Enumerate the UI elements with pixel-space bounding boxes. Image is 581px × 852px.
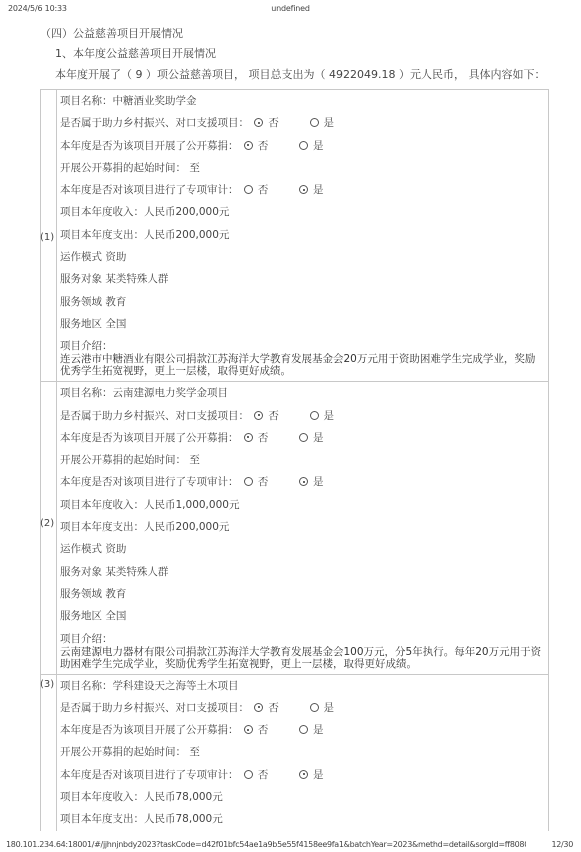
special-audit-label: 本年度是否对该项目进行了专项审计：: [60, 184, 239, 196]
service-target-value: 某类特殊人群: [105, 273, 168, 285]
service-region-value: 全国: [105, 318, 126, 330]
radio-icon[interactable]: [310, 118, 319, 127]
service-target-row: 服务对象 某类特殊人群: [60, 268, 548, 290]
public-fundraising-label: 本年度是否为该项目开展了公开募捐：: [60, 724, 239, 736]
project-name-row: 项目名称：云南建源电力奖学金项目: [60, 382, 548, 404]
project-name-row: 项目名称：中糖酒业奖助学金: [60, 90, 548, 112]
radio-icon[interactable]: [299, 433, 308, 442]
project-row: (2) 项目名称：云南建源电力奖学金项目 是否属于助力乡村振兴、对口支援项目： …: [41, 382, 548, 674]
annual-income-value: 人民币1,000,000元: [144, 499, 239, 511]
project-details: 项目名称：云南建源电力奖学金项目 是否属于助力乡村振兴、对口支援项目： 否 是 …: [57, 382, 548, 673]
project-index-cell: (1): [41, 90, 57, 381]
radio-icon[interactable]: [310, 703, 319, 712]
project-index-cell: (2): [41, 382, 57, 673]
service-region-row: 服务地区 全国: [60, 313, 548, 335]
project-index-cell: (3): [41, 675, 57, 831]
project-index: (3): [40, 679, 54, 690]
rural-support-row: 是否属于助力乡村振兴、对口支援项目： 否 是: [60, 697, 548, 719]
special-audit-label: 本年度是否对该项目进行了专项审计：: [60, 769, 239, 781]
page-number: 12/30: [551, 840, 573, 849]
public-fundraising-option-no[interactable]: 否: [242, 427, 269, 449]
operation-mode-value: 资助: [105, 543, 126, 555]
rural-support-option-yes[interactable]: 是: [308, 112, 335, 134]
radio-icon[interactable]: [299, 477, 308, 486]
summary-text: 本年度开展了（ 9 ）项公益慈善项目， 项目总支出为（ 4922049.18 ）…: [55, 66, 545, 82]
project-details: 项目名称：中糖酒业奖助学金 是否属于助力乡村振兴、对口支援项目： 否 是 本年度…: [57, 90, 548, 381]
special-audit-option-yes[interactable]: 是: [297, 764, 324, 786]
project-name-value: 学科建设天之海等土木项目: [113, 680, 239, 692]
radio-icon[interactable]: [244, 141, 253, 150]
radio-icon[interactable]: [299, 185, 308, 194]
radio-icon[interactable]: [254, 411, 263, 420]
service-field-label: 服务领域: [60, 588, 105, 600]
radio-icon[interactable]: [299, 725, 308, 734]
annual-expense-label: 项目本年度支出：: [60, 229, 144, 241]
project-intro: 连云港市中糖酒业有限公司捐款江苏海洋大学教育发展基金会20万元用于资助困难学生完…: [60, 353, 548, 381]
rural-support-row: 是否属于助力乡村振兴、对口支援项目： 否 是: [60, 405, 548, 427]
radio-icon[interactable]: [254, 703, 263, 712]
service-target-row: 服务对象 某类特殊人群: [60, 561, 548, 583]
radio-icon[interactable]: [299, 770, 308, 779]
print-title: undefined: [0, 4, 581, 13]
print-url: 180.101.234.64:18001/#/jjhnjnbdy2023?tas…: [6, 840, 526, 849]
project-name-row: 项目名称：学科建设天之海等土木项目: [60, 675, 548, 697]
annual-expense-value: 人民币78,000元: [144, 813, 223, 825]
special-audit-option-no[interactable]: 否: [242, 471, 269, 493]
intro-label: 项目介绍：: [60, 628, 548, 646]
annual-income-row: 项目本年度收入：人民币78,000元: [60, 786, 548, 808]
operation-mode-row: 运作模式 资助: [60, 246, 548, 268]
service-field-value: 教育: [105, 296, 126, 308]
radio-icon[interactable]: [244, 185, 253, 194]
service-field-row: 服务领域 教育: [60, 583, 548, 605]
public-fundraising-option-yes[interactable]: 是: [297, 135, 324, 157]
annual-income-label: 项目本年度收入：: [60, 791, 144, 803]
public-fundraising-label: 本年度是否为该项目开展了公开募捐：: [60, 432, 239, 444]
rural-support-option-no[interactable]: 否: [252, 112, 279, 134]
special-audit-option-no[interactable]: 否: [242, 179, 269, 201]
radio-icon[interactable]: [244, 725, 253, 734]
rural-support-row: 是否属于助力乡村振兴、对口支援项目： 否 是: [60, 112, 548, 134]
project-index: (1): [40, 232, 54, 243]
project-name-value: 中糖酒业奖助学金: [113, 95, 197, 107]
public-fundraising-label: 本年度是否为该项目开展了公开募捐：: [60, 140, 239, 152]
rural-support-option-yes[interactable]: 是: [308, 697, 335, 719]
radio-icon[interactable]: [254, 118, 263, 127]
fundraising-period-row: 开展公开募捐的起始时间： 至: [60, 157, 548, 179]
operation-mode-row: 运作模式 资助: [60, 538, 548, 560]
service-target-value: 某类特殊人群: [105, 566, 168, 578]
rural-support-label: 是否属于助力乡村振兴、对口支援项目：: [60, 410, 249, 422]
project-name-label: 项目名称：: [60, 680, 113, 692]
intro-label: 项目介绍：: [60, 335, 548, 353]
fundraising-period-row: 开展公开募捐的起始时间： 至: [60, 449, 548, 471]
public-fundraising-row: 本年度是否为该项目开展了公开募捐： 否 是: [60, 135, 548, 157]
project-intro: 云南建源电力器材有限公司捐款江苏海洋大学教育发展基金会100万元，分5年执行。每…: [60, 646, 548, 674]
rural-support-option-yes[interactable]: 是: [308, 405, 335, 427]
public-fundraising-option-no[interactable]: 否: [242, 135, 269, 157]
radio-icon[interactable]: [244, 770, 253, 779]
service-region-row: 服务地区 全国: [60, 605, 548, 627]
special-audit-row: 本年度是否对该项目进行了专项审计： 否 是: [60, 179, 548, 201]
rural-support-label: 是否属于助力乡村振兴、对口支援项目：: [60, 117, 249, 129]
project-row: (1) 项目名称：中糖酒业奖助学金 是否属于助力乡村振兴、对口支援项目： 否 是…: [41, 90, 548, 382]
service-region-value: 全国: [105, 610, 126, 622]
service-target-label: 服务对象: [60, 273, 105, 285]
rural-support-option-no[interactable]: 否: [252, 697, 279, 719]
public-fundraising-option-yes[interactable]: 是: [297, 719, 324, 741]
operation-mode-label: 运作模式: [60, 251, 105, 263]
annual-income-value: 人民币78,000元: [144, 791, 223, 803]
radio-icon[interactable]: [299, 141, 308, 150]
annual-expense-row: 项目本年度支出：人民币200,000元: [60, 516, 548, 538]
rural-support-label: 是否属于助力乡村振兴、对口支援项目：: [60, 702, 249, 714]
subsection-title: 1、本年度公益慈善项目开展情况: [55, 45, 216, 61]
public-fundraising-row: 本年度是否为该项目开展了公开募捐： 否 是: [60, 719, 548, 741]
annual-expense-value: 人民币200,000元: [144, 521, 229, 533]
project-index: (2): [40, 518, 54, 529]
special-audit-row: 本年度是否对该项目进行了专项审计： 否 是: [60, 471, 548, 493]
public-fundraising-option-no[interactable]: 否: [242, 719, 269, 741]
operation-mode-label: 运作模式: [60, 543, 105, 555]
special-audit-option-yes[interactable]: 是: [297, 179, 324, 201]
project-details: 项目名称：学科建设天之海等土木项目 是否属于助力乡村振兴、对口支援项目： 否 是…: [57, 675, 548, 831]
special-audit-row: 本年度是否对该项目进行了专项审计： 否 是: [60, 764, 548, 786]
service-region-label: 服务地区: [60, 318, 105, 330]
projects-table: (1) 项目名称：中糖酒业奖助学金 是否属于助力乡村振兴、对口支援项目： 否 是…: [40, 89, 549, 831]
section-title: （四）公益慈善项目开展情况: [40, 25, 183, 41]
service-field-row: 服务领域 教育: [60, 291, 548, 313]
annual-income-row: 项目本年度收入：人民币1,000,000元: [60, 494, 548, 516]
project-name-label: 项目名称：: [60, 387, 113, 399]
annual-expense-row: 项目本年度支出：人民币200,000元: [60, 224, 548, 246]
operation-mode-value: 资助: [105, 251, 126, 263]
annual-income-label: 项目本年度收入：: [60, 206, 144, 218]
annual-expense-value: 人民币200,000元: [144, 229, 229, 241]
service-region-label: 服务地区: [60, 610, 105, 622]
fundraising-period-row: 开展公开募捐的起始时间： 至: [60, 741, 548, 763]
annual-income-label: 项目本年度收入：: [60, 499, 144, 511]
service-field-label: 服务领域: [60, 296, 105, 308]
service-field-value: 教育: [105, 588, 126, 600]
project-name-label: 项目名称：: [60, 95, 113, 107]
public-fundraising-option-yes[interactable]: 是: [297, 427, 324, 449]
project-name-value: 云南建源电力奖学金项目: [113, 387, 229, 399]
annual-expense-row: 项目本年度支出：人民币78,000元: [60, 808, 548, 830]
service-target-label: 服务对象: [60, 566, 105, 578]
rural-support-option-no[interactable]: 否: [252, 405, 279, 427]
special-audit-option-no[interactable]: 否: [242, 764, 269, 786]
radio-icon[interactable]: [244, 433, 253, 442]
radio-icon[interactable]: [310, 411, 319, 420]
special-audit-option-yes[interactable]: 是: [297, 471, 324, 493]
radio-icon[interactable]: [244, 477, 253, 486]
special-audit-label: 本年度是否对该项目进行了专项审计：: [60, 476, 239, 488]
annual-expense-label: 项目本年度支出：: [60, 813, 144, 825]
project-row: (3) 项目名称：学科建设天之海等土木项目 是否属于助力乡村振兴、对口支援项目：…: [41, 675, 548, 831]
annual-expense-label: 项目本年度支出：: [60, 521, 144, 533]
annual-income-value: 人民币200,000元: [144, 206, 229, 218]
annual-income-row: 项目本年度收入：人民币200,000元: [60, 201, 548, 223]
public-fundraising-row: 本年度是否为该项目开展了公开募捐： 否 是: [60, 427, 548, 449]
